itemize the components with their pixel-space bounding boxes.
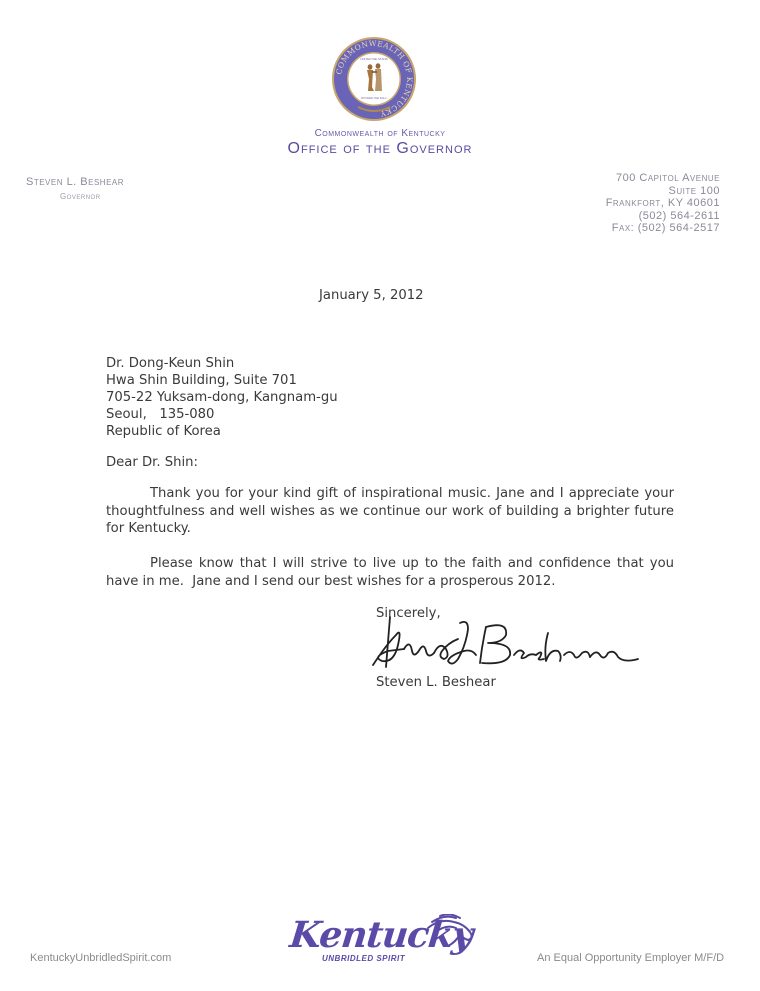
svg-text:DIVIDED WE FALL: DIVIDED WE FALL — [361, 96, 387, 100]
logo-tagline: UNBRIDLED SPIRIT — [322, 954, 405, 963]
governor-title: Governor — [60, 192, 101, 201]
office-address: 700 Capitol Avenue Suite 100 Frankfort, … — [606, 172, 720, 235]
body-paragraph: Thank you for your kind gift of inspirat… — [106, 485, 674, 538]
handwritten-signature-icon — [368, 615, 648, 675]
website-link[interactable]: KentuckyUnbridledSpirit.com — [30, 952, 171, 964]
address-phone: (502) 564-2611 — [606, 210, 720, 223]
recipient-country: Republic of Korea — [106, 423, 338, 440]
recipient-address: Dr. Dong-Keun Shin Hwa Shin Building, Su… — [106, 355, 338, 440]
address-suite: Suite 100 — [606, 185, 720, 198]
body-paragraph: Please know that I will strive to live u… — [106, 555, 674, 590]
svg-text:UNITED WE STAND: UNITED WE STAND — [360, 57, 388, 61]
address-fax: Fax: (502) 564-2517 — [606, 222, 720, 235]
office-title: Office of the Governor — [0, 140, 760, 158]
address-city: Frankfort, KY 40601 — [606, 197, 720, 210]
governor-name: Steven L. Beshear — [26, 176, 124, 188]
recipient-name: Dr. Dong-Keun Shin — [106, 355, 338, 372]
signer-name: Steven L. Beshear — [376, 675, 496, 690]
recipient-street: 705-22 Yuksam-dong, Kangnam-gu — [106, 389, 338, 406]
kentucky-unbridled-spirit-logo: Kentucky UNBRIDLED SPIRIT — [286, 914, 476, 970]
horse-head-icon — [426, 914, 476, 948]
equal-opportunity-notice: An Equal Opportunity Employer M/F/D — [537, 952, 724, 964]
address-street: 700 Capitol Avenue — [606, 172, 720, 185]
department-name: Commonwealth of Kentucky — [0, 128, 760, 139]
letter-date: January 5, 2012 — [319, 288, 424, 303]
salutation: Dear Dr. Shin: — [106, 455, 198, 470]
kentucky-seal-icon: COMMONWEALTH OF KENTUCKY UNITED WE STAND… — [330, 35, 418, 123]
recipient-city: Seoul, 135-080 — [106, 406, 338, 423]
recipient-building: Hwa Shin Building, Suite 701 — [106, 372, 338, 389]
